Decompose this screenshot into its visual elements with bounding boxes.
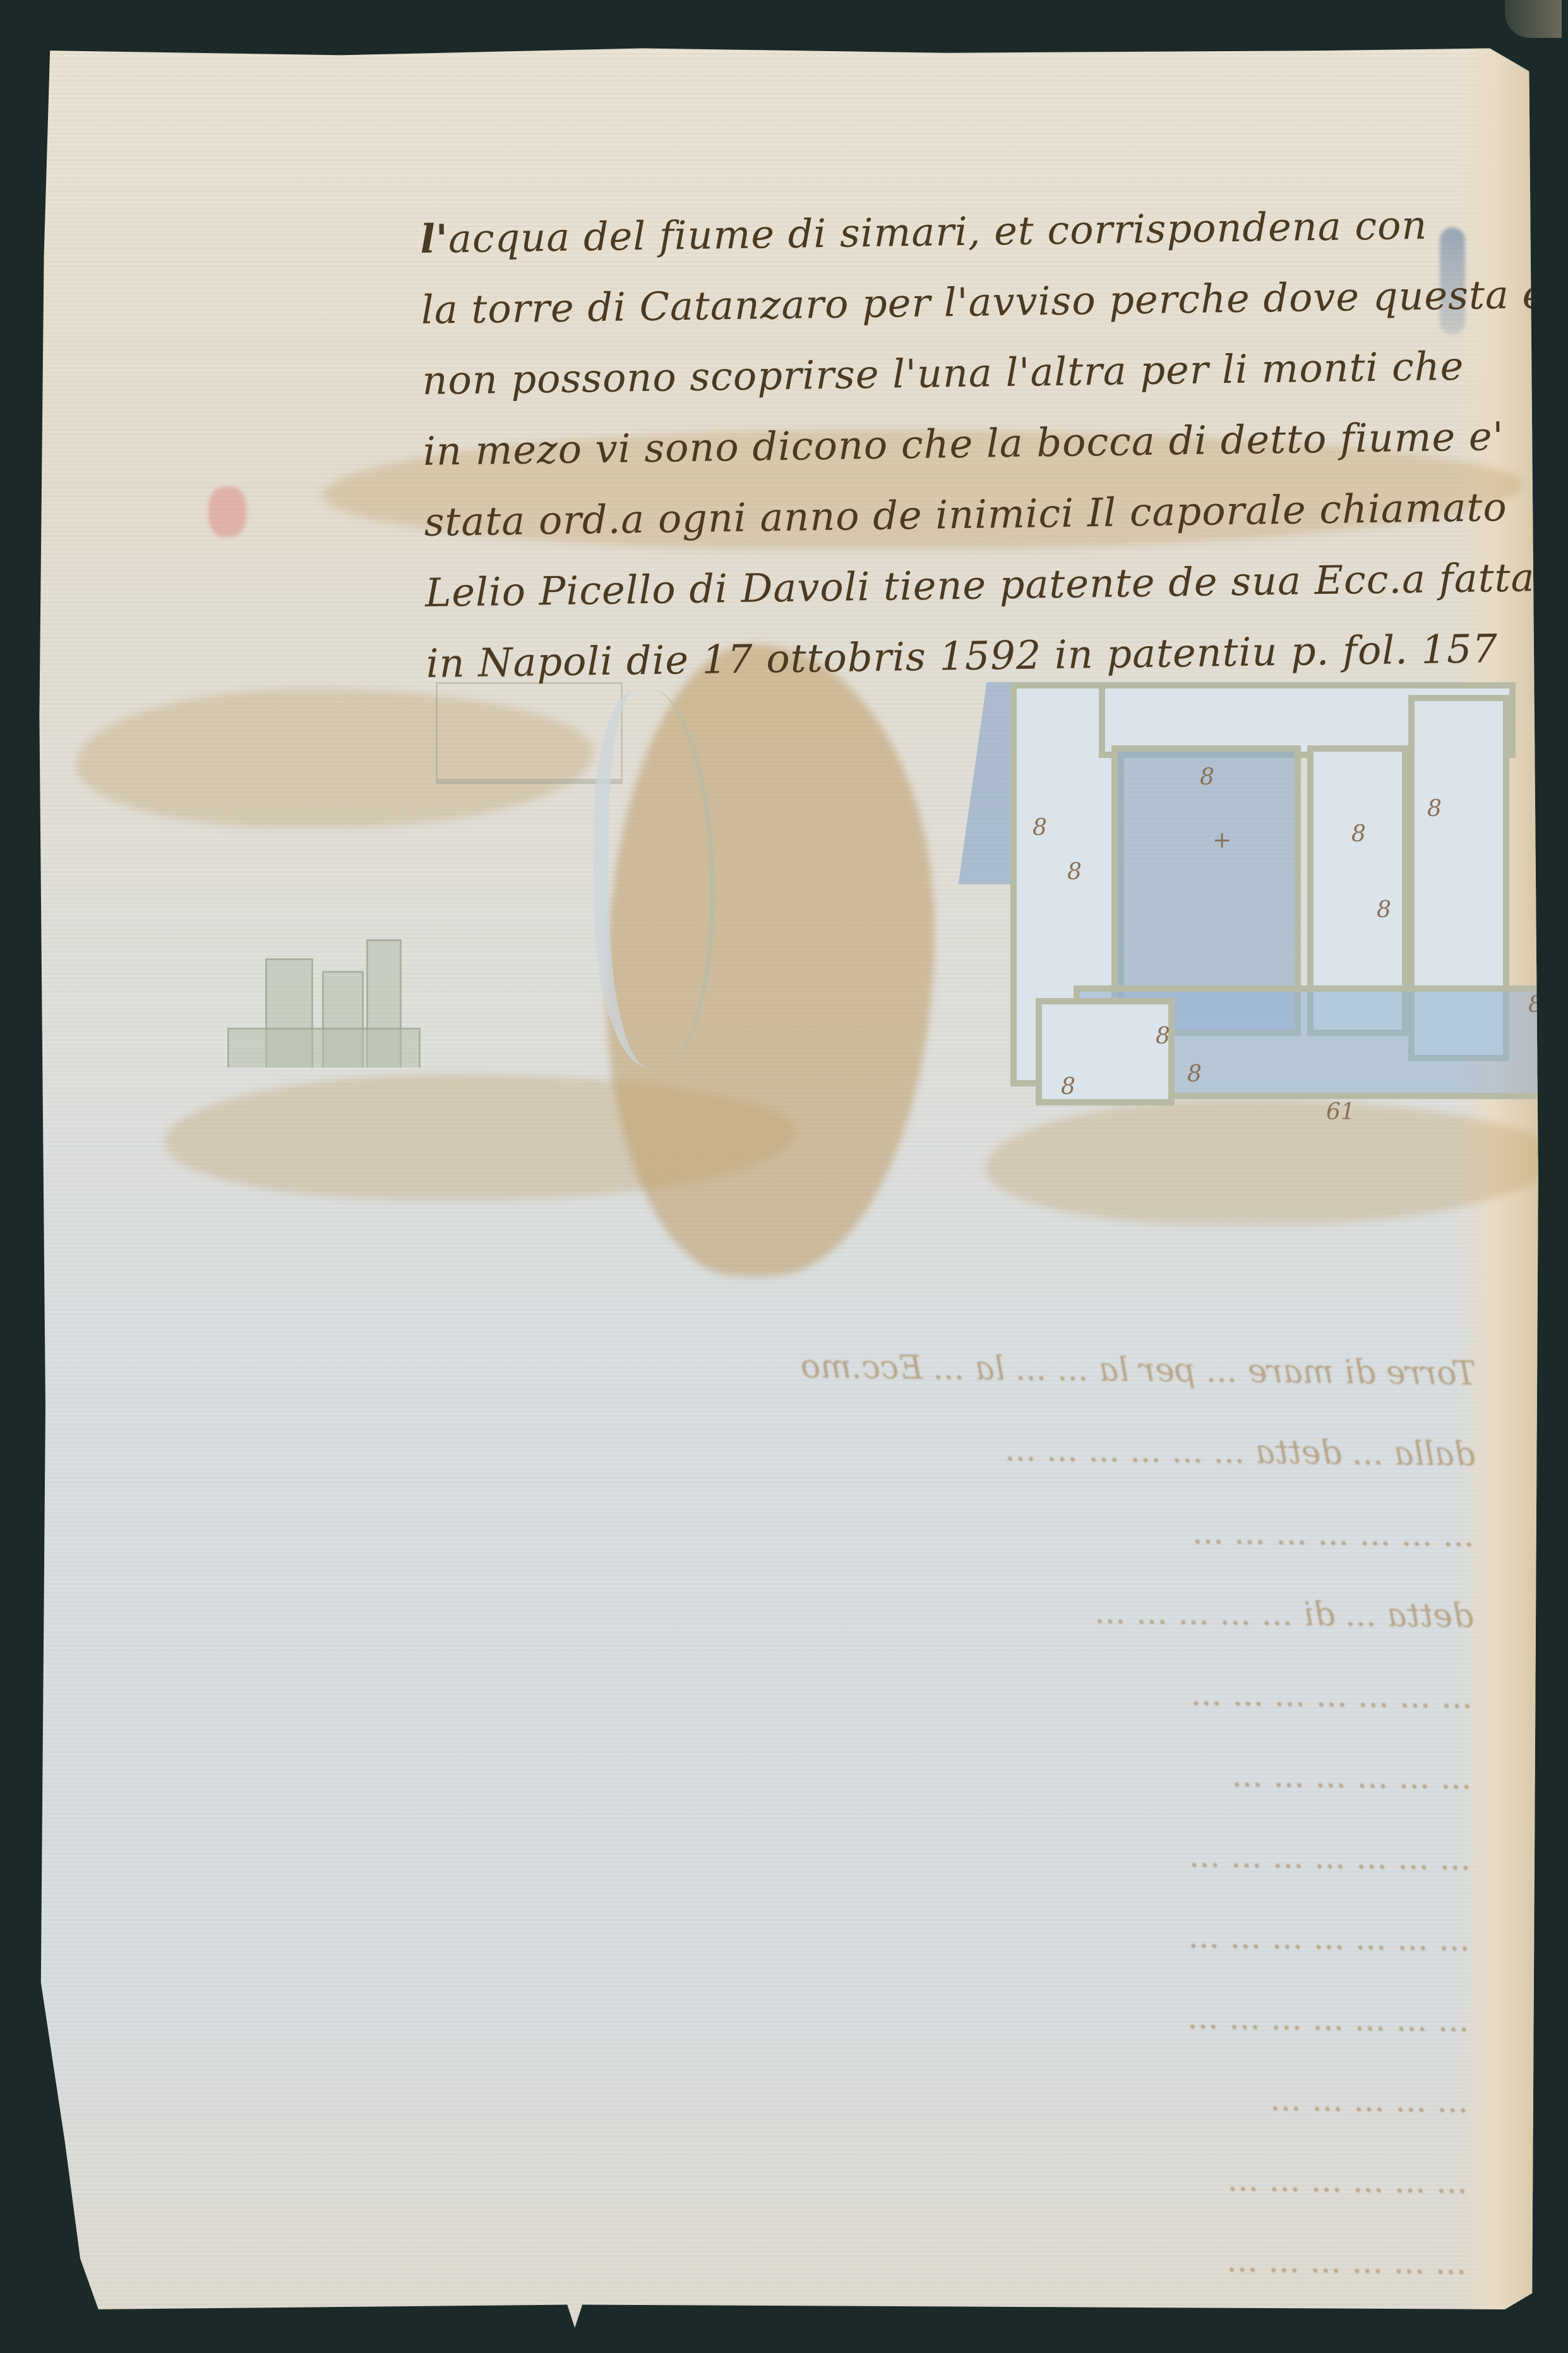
fortress-label: 8 [1067,859,1082,885]
manuscript-page: 8 8 8 8 + 8 8 8 8 8 8 61 Torre di mare .… [38,25,1550,2328]
bleed-line: dalla ... detta ... ... ... ... ... ... [148,1400,1475,1495]
bleed-line: ... ... ... ... ... ... [141,2128,1468,2223]
fortress-label: 8 [1351,821,1366,847]
fortress-label: 8 [1528,992,1543,1018]
fortress-label: 8 [1032,815,1047,841]
bleed-line: ... ... ... ... ... ... ... [148,1481,1475,1576]
bleed-line: ... ... ... ... ... [142,2047,1469,2142]
manuscript-text: l'acqua del fiume di simari, et corrispo… [420,188,1568,699]
pink-stain [208,486,246,537]
bleed-through-text: Torre di mare ... per la ... ... la ... … [140,1320,1476,2304]
bleed-line: ... ... ... ... ... ... ... [143,1966,1469,2061]
fortress-label: 8 [1200,764,1214,790]
fortress-label: 8 [1427,796,1442,822]
fortress-label: 61 [1326,1099,1355,1125]
bleed-line: ... ... ... ... ... ... [140,2209,1467,2304]
fortress-label: 8 [1156,1023,1170,1049]
bleed-line: detta ... di ... ... ... ... ... [147,1562,1474,1657]
fortress-label: 8 [1061,1074,1075,1100]
bleed-line: ... ... ... ... ... ... ... [145,1805,1471,1899]
bleed-line: ... ... ... ... ... ... ... [143,1886,1470,1980]
town-sketch [227,935,429,1068]
bleed-line: ... ... ... ... ... ... ... [146,1643,1473,1738]
fortress-illustration: 8 8 8 8 + 8 8 8 8 8 8 61 [973,670,1568,1112]
fortress-label: 8 [1377,897,1391,923]
fortress-label: + [1212,827,1231,853]
bleed-line: Torre di mare ... per la ... ... la ... … [150,1320,1476,1414]
fortress-label: 8 [1187,1061,1202,1087]
binding-edge [1505,0,1562,38]
bleed-line: ... ... ... ... ... ... [145,1724,1472,1819]
